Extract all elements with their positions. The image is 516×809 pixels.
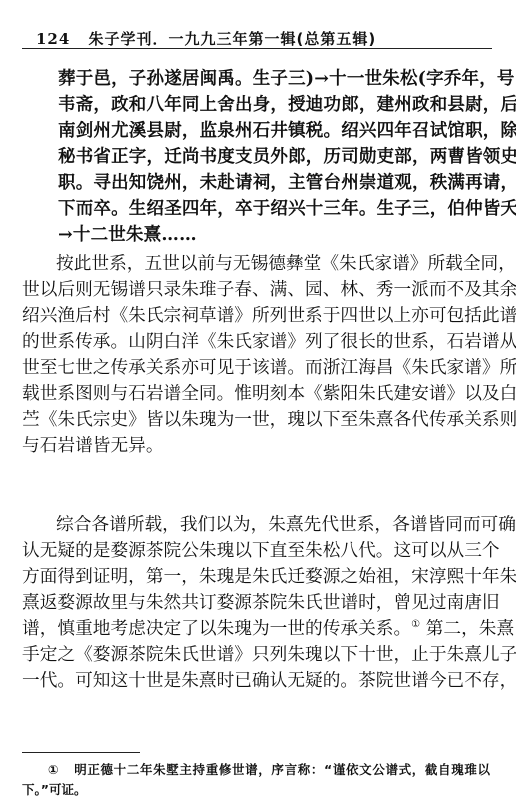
running-title: 朱子学刊．一九九三年第一辑(总第五辑)	[89, 30, 377, 48]
body-text-segment: 第二，朱熹	[420, 619, 514, 639]
page-number: 124	[36, 30, 70, 48]
body-line: 按此世系，五世以前与无锡德彝堂《朱氏家谱》所载全同，五	[56, 251, 490, 277]
body-line: 一代。可知这十世是朱熹时已确认无疑的。茶院世谱今已不存，	[22, 668, 490, 694]
quote-line: 葬于邑，子孙遂居闽禹。生子三)→十一世朱松(字乔年，号	[58, 66, 490, 92]
body-line: 综合各谱所载，我们以为，朱熹先代世系，各谱皆同而可确	[56, 512, 490, 538]
body-line: 苎《朱氏宗史》皆以朱瑰为一世，瑰以下至朱熹各代传承关系则	[22, 407, 490, 433]
body-line: 绍兴渔后村《朱氏宗祠草谱》所列世系于四世以上亦可包括此谱	[22, 303, 490, 329]
body-line: 与石岩谱皆无异。	[22, 433, 490, 459]
body-line: 认无疑的是婺源茶院公朱瑰以下直至朱松八代。这可以从三个	[22, 538, 490, 564]
running-header: 124 朱子学刊．一九九三年第一辑(总第五辑)	[36, 28, 496, 50]
header-rule	[22, 48, 492, 49]
quote-line: →十二世朱熹……	[58, 222, 490, 248]
body-line: 方面得到证明，第一，朱瑰是朱氏迁婺源之始祖，宋淳熙十年朱	[22, 564, 490, 590]
footnote-rule	[22, 752, 140, 753]
footnote-line: ① 明正德十二年朱墅主持重修世谱，序言称：“谨依文公谱式，截自瑰琟以	[48, 760, 490, 780]
quote-line: 秘书省正字，迁尚书度支员外郎，历司勋吏部，两曹皆领史	[58, 144, 490, 170]
body-line: 的世系传承。山阴白洋《朱氏家谱》列了很长的世系，石岩谱从三	[22, 329, 490, 355]
body-line: 手定之《婺源茶院朱氏世谱》只列朱瑰以下十世，止于朱熹儿子	[22, 642, 490, 668]
body-line: 世以后则无锡谱只录朱琟子春、满、园、林、秀一派而不及其余。	[22, 277, 490, 303]
body-line: 世至七世之传承关系亦可见于该谱。而浙江海昌《朱氏家谱》所	[22, 355, 490, 381]
quote-line: 韦斋，政和八年同上舍出身，授迪功郎，建州政和县尉，后调	[58, 92, 490, 118]
body-line: 载世系图则与石岩谱全同。惟明刻本《紫阳朱氏建安谱》以及白	[22, 381, 490, 407]
footnote-text: 明正德十二年朱墅主持重修世谱，序言称：“谨依文公谱式，截自瑰琟以	[74, 762, 490, 777]
quote-line: 职。寻出知饶州，未赴请祠，主管台州崇道观，秩满再请，命	[58, 170, 490, 196]
body-text-segment: 谱，慎重地考虑决定了以朱瑰为一世的传承关系。	[22, 619, 411, 639]
footnote-reference[interactable]: ①	[411, 619, 420, 630]
footnote-line: 下。”可证。	[22, 780, 222, 800]
footnote-marker: ①	[48, 762, 59, 777]
quote-line: 下而卒。生绍圣四年，卒于绍兴十三年。生子三，伯仲皆夭。)	[58, 196, 490, 222]
quote-line: 南剑州尤溪县尉，监泉州石井镇税。绍兴四年召试馆职，除	[58, 118, 490, 144]
body-line: 熹返婺源故里与朱然共订婺源茶院朱氏世谱时，曾见过南唐旧	[22, 590, 490, 616]
body-line-with-footnote-ref: 谱，慎重地考虑决定了以朱瑰为一世的传承关系。① 第二，朱熹	[22, 616, 490, 642]
